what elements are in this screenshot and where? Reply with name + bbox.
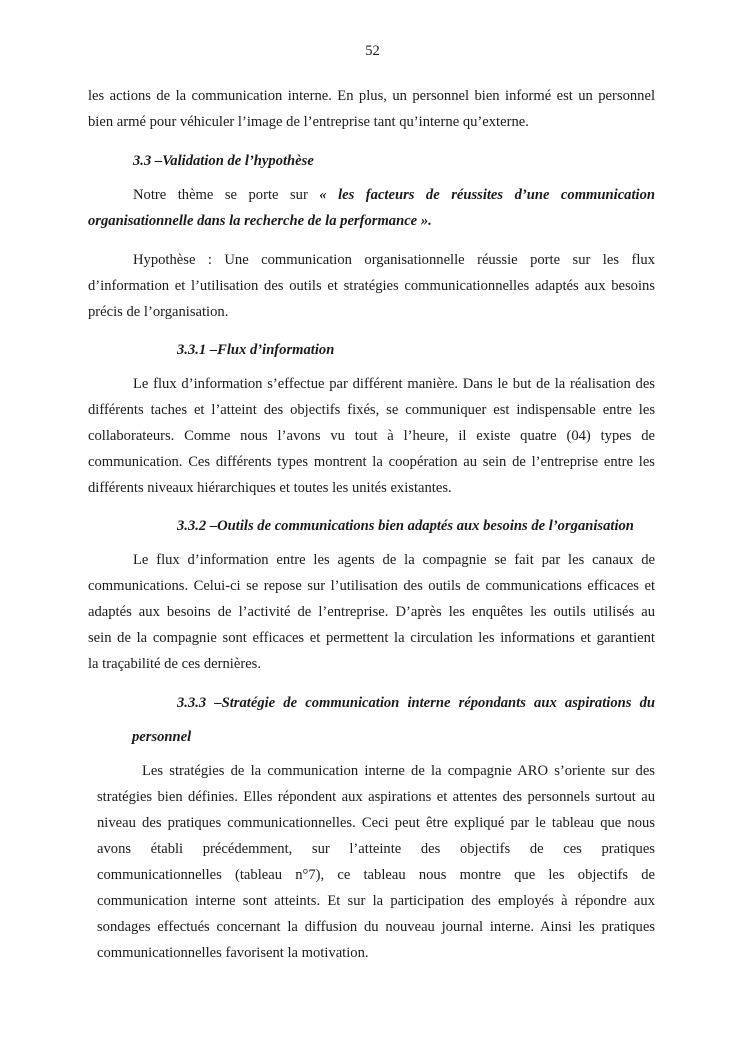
text-line: différents taches et l’atteint des objec… xyxy=(88,397,655,423)
text-line: stratégies bien définies. Elles réponden… xyxy=(97,784,655,810)
text-line: les actions de la communication interne.… xyxy=(88,83,655,109)
flux-information-paragraph: Le flux d’information s’effectue par dif… xyxy=(88,371,655,501)
text-line: précis de l’organisation. xyxy=(88,299,655,325)
text-line: adaptés aux besoins de l’activité de l’e… xyxy=(88,599,655,625)
text-line: communication interne sont atteints. Et … xyxy=(97,888,655,914)
section-heading-3-3-3-continued: personnel xyxy=(132,724,191,750)
theme-lead: Notre thème se porte sur xyxy=(133,187,319,203)
strategie-communication-paragraph: Les stratégies de la communication inter… xyxy=(97,758,655,966)
section-heading-3-3-2: 3.3.2 –Outils de communications bien ada… xyxy=(177,513,634,539)
text-line: différents niveaux hiérarchiques et tout… xyxy=(88,475,655,501)
intro-paragraph: les actions de la communication interne.… xyxy=(88,83,655,135)
text-line: sein de la compagnie sont efficaces et p… xyxy=(88,625,655,651)
theme-paragraph: Notre thème se porte sur « les facteurs … xyxy=(88,182,655,234)
text-line: niveau des pratiques communicationnelles… xyxy=(97,810,655,836)
section-heading-3-3-3: 3.3.3 –Stratégie de communication intern… xyxy=(177,690,655,716)
text-line: Le flux d’information s’effectue par dif… xyxy=(88,371,655,397)
text-line: Notre thème se porte sur « les facteurs … xyxy=(88,182,655,208)
theme-quote-continued: organisationnelle dans la recherche de l… xyxy=(88,208,655,234)
text-line: Le flux d’information entre les agents d… xyxy=(88,547,655,573)
text-line: communications. Celui-ci se repose sur l… xyxy=(88,573,655,599)
heading-line: 3.3.3 –Stratégie de communication intern… xyxy=(177,690,655,716)
text-line: bien armé pour véhiculer l’image de l’en… xyxy=(88,109,655,135)
text-line: la traçabilité de ces dernières. xyxy=(88,651,655,677)
text-line: avons établi précédemment, sur l’atteint… xyxy=(97,836,655,862)
text-line: Hypothèse : Une communication organisati… xyxy=(88,247,655,273)
text-line: sondages effectués concernant la diffusi… xyxy=(97,914,655,940)
page-number: 52 xyxy=(0,43,745,60)
text-line: communication. Ces différents types mont… xyxy=(88,449,655,475)
text-line: collaborateurs. Comme nous l’avons vu to… xyxy=(88,423,655,449)
text-line: communicationnelles favorisent la motiva… xyxy=(97,940,655,966)
section-heading-3-3: 3.3 –Validation de l’hypothèse xyxy=(133,148,314,174)
section-heading-3-3-1: 3.3.1 –Flux d’information xyxy=(177,337,334,363)
text-line: d’information et l’utilisation des outil… xyxy=(88,273,655,299)
theme-quote: « les facteurs de réussites d’une commun… xyxy=(319,187,655,203)
text-line: communicationnelles (tableau n°7), ce ta… xyxy=(97,862,655,888)
text-line: Les stratégies de la communication inter… xyxy=(97,758,655,784)
hypothesis-paragraph: Hypothèse : Une communication organisati… xyxy=(88,247,655,325)
outils-communication-paragraph: Le flux d’information entre les agents d… xyxy=(88,547,655,677)
